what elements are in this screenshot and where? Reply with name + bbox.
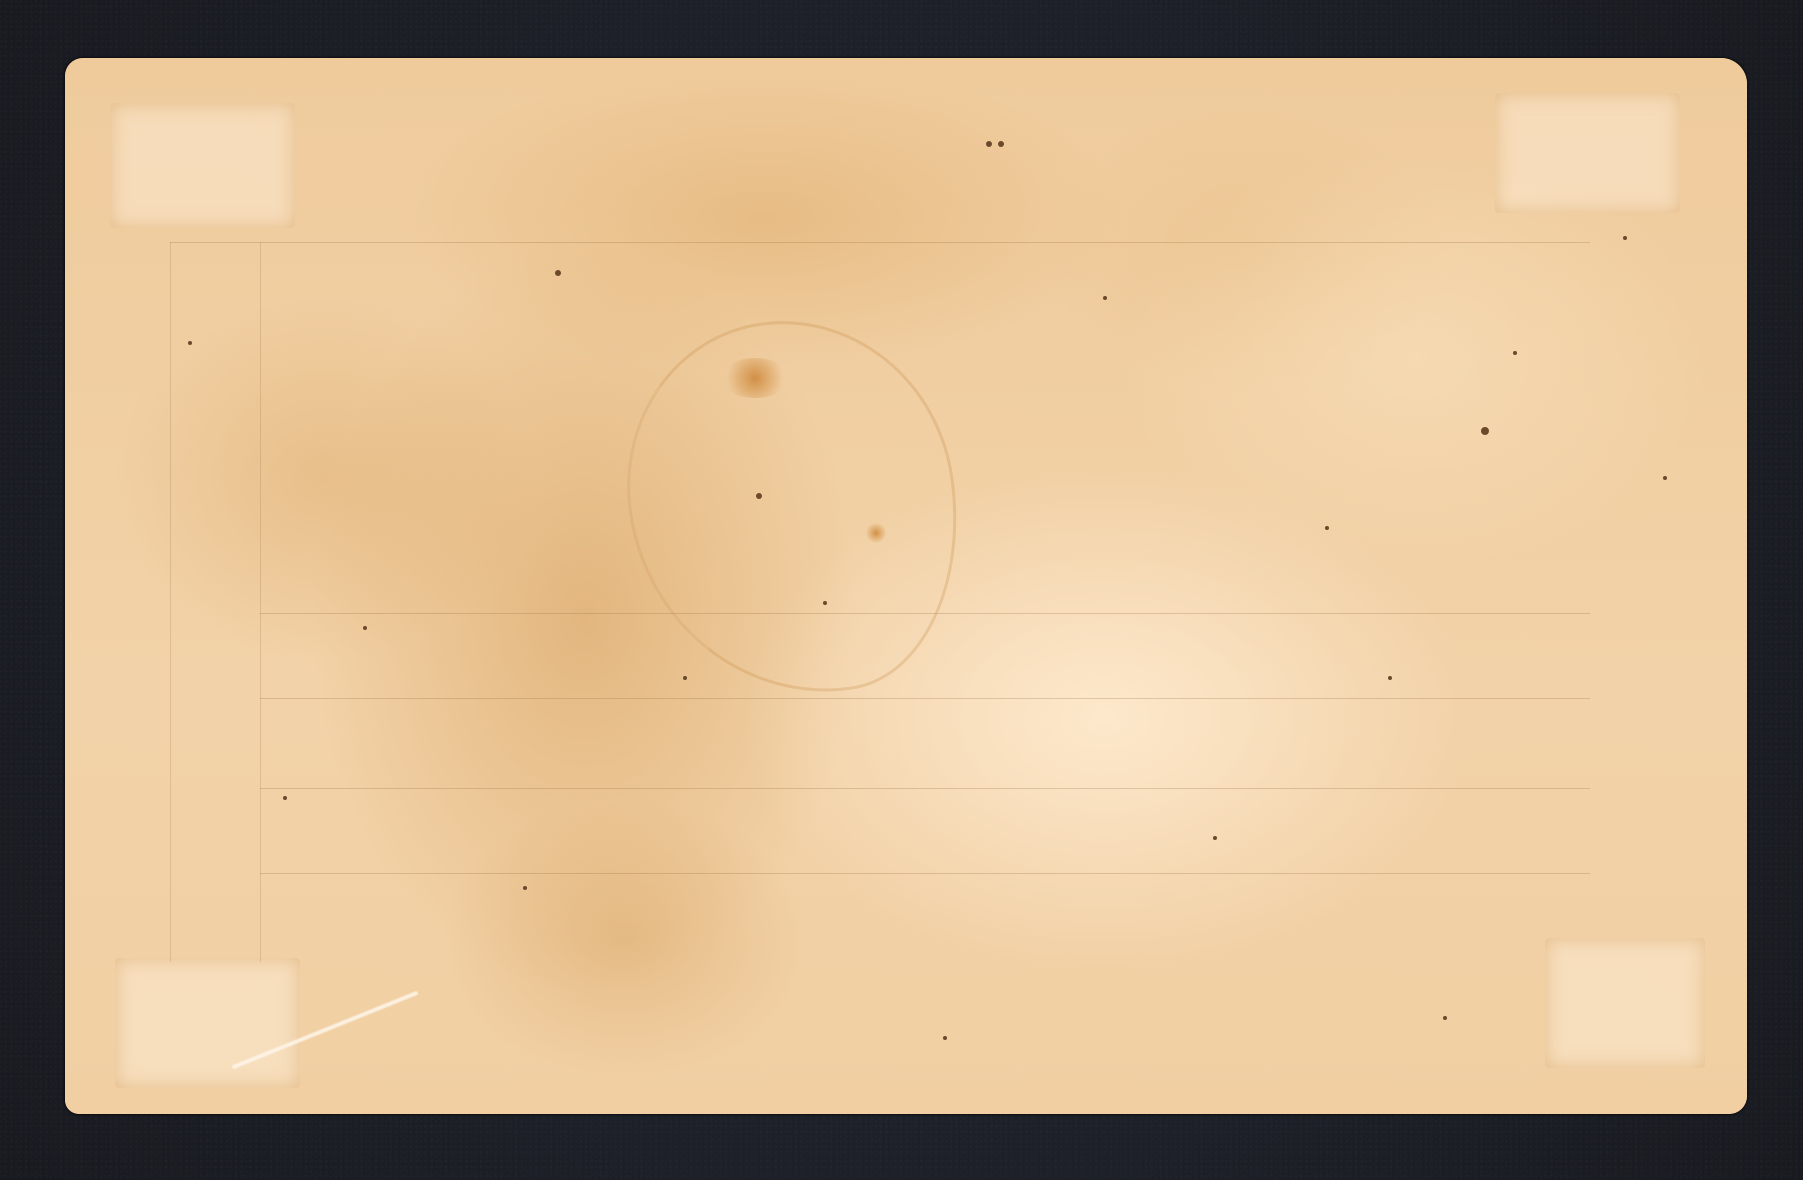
foxing-speck (1623, 236, 1627, 240)
foxing-speck (986, 141, 992, 147)
foxing-speck (1388, 676, 1392, 680)
foxing-speck (823, 601, 827, 605)
foxing-speck (1443, 1016, 1447, 1020)
foxing-speck (1103, 296, 1107, 300)
foxing-speck (683, 676, 687, 680)
foxing-speck (363, 626, 367, 630)
ruled-line (260, 873, 1590, 874)
antique-card-reverse (65, 58, 1747, 1114)
foxing-speck (188, 341, 192, 345)
foxing-speck (555, 270, 561, 276)
foxing-speck (1513, 351, 1517, 355)
foxing-speck (283, 796, 287, 800)
foxing-speck (523, 886, 527, 890)
ruled-line (170, 242, 1590, 243)
foxing-speck (943, 1036, 947, 1040)
foxing-speck (1213, 836, 1217, 840)
ruled-line (260, 788, 1590, 789)
foxing-speck (998, 141, 1004, 147)
foxing-speck (1663, 476, 1667, 480)
water-stain-ring (605, 299, 980, 717)
mount-ghost-top-left (110, 103, 295, 228)
foxing-speck (756, 493, 762, 499)
foxing-speck (1325, 526, 1329, 530)
mount-ghost-bottom-left (115, 958, 300, 1088)
mount-ghost-top-right (1495, 93, 1680, 213)
ruled-line (260, 698, 1590, 699)
mount-ghost-bottom-right (1545, 938, 1705, 1068)
stain-blot (720, 358, 790, 398)
ruled-line-vertical (260, 242, 261, 962)
ruled-line-vertical (170, 242, 171, 962)
stain-blot (865, 523, 887, 543)
foxing-speck (1481, 427, 1489, 435)
